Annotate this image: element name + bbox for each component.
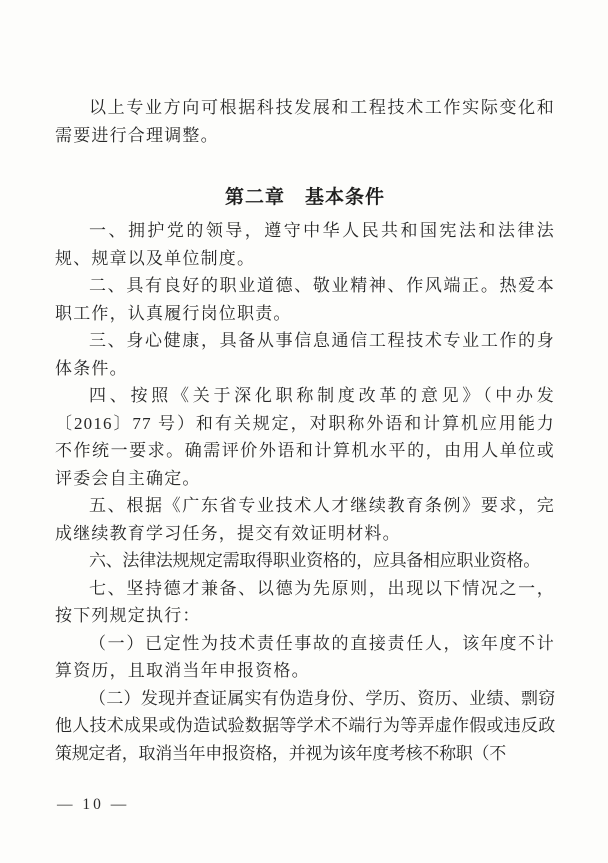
clause-paragraph-8: （一）已定性为技术责任事故的直接责任人，该年度不计算资历，且取消当年申报资格。 (55, 630, 555, 685)
clause-paragraph-4: 四、按照《关于深化职称制度改革的意见》（中办发〔2016〕77 号）和有关规定，… (55, 382, 555, 492)
clause-paragraph-1: 一、拥护党的领导，遵守中华人民共和国宪法和法律法规、规章以及单位制度。 (55, 217, 555, 272)
intro-paragraph: 以上专业方向可根据科技发展和工程技术工作实际变化和需要进行合理调整。 (55, 94, 555, 149)
clause-paragraph-5: 五、根据《广东省专业技术人才继续教育条例》要求，完成继续教育学习任务，提交有效证… (55, 492, 555, 547)
clause-paragraph-3: 三、身心健康，具备从事信息通信工程技术专业工作的身体条件。 (55, 327, 555, 382)
document-content: 以上专业方向可根据科技发展和工程技术工作实际变化和需要进行合理调整。 第二章 基… (55, 94, 555, 767)
page-number: — 10 — (57, 796, 129, 814)
clause-paragraph-9: （二）发现并查证属实有伪造身份、学历、资历、业绩、剽窃他人技术成果或伪造试验数据… (55, 685, 555, 768)
clause-paragraph-7: 七、坚持德才兼备、以德为先原则，出现以下情况之一，按下列规定执行： (55, 575, 555, 630)
chapter-heading: 第二章 基本条件 (55, 182, 555, 209)
document-page: 以上专业方向可根据科技发展和工程技术工作实际变化和需要进行合理调整。 第二章 基… (0, 0, 608, 863)
clause-paragraph-2: 二、具有良好的职业道德、敬业精神、作风端正。热爱本职工作，认真履行岗位职责。 (55, 272, 555, 327)
clause-paragraph-6: 六、法律法规规定需取得职业资格的，应具备相应职业资格。 (55, 547, 555, 575)
